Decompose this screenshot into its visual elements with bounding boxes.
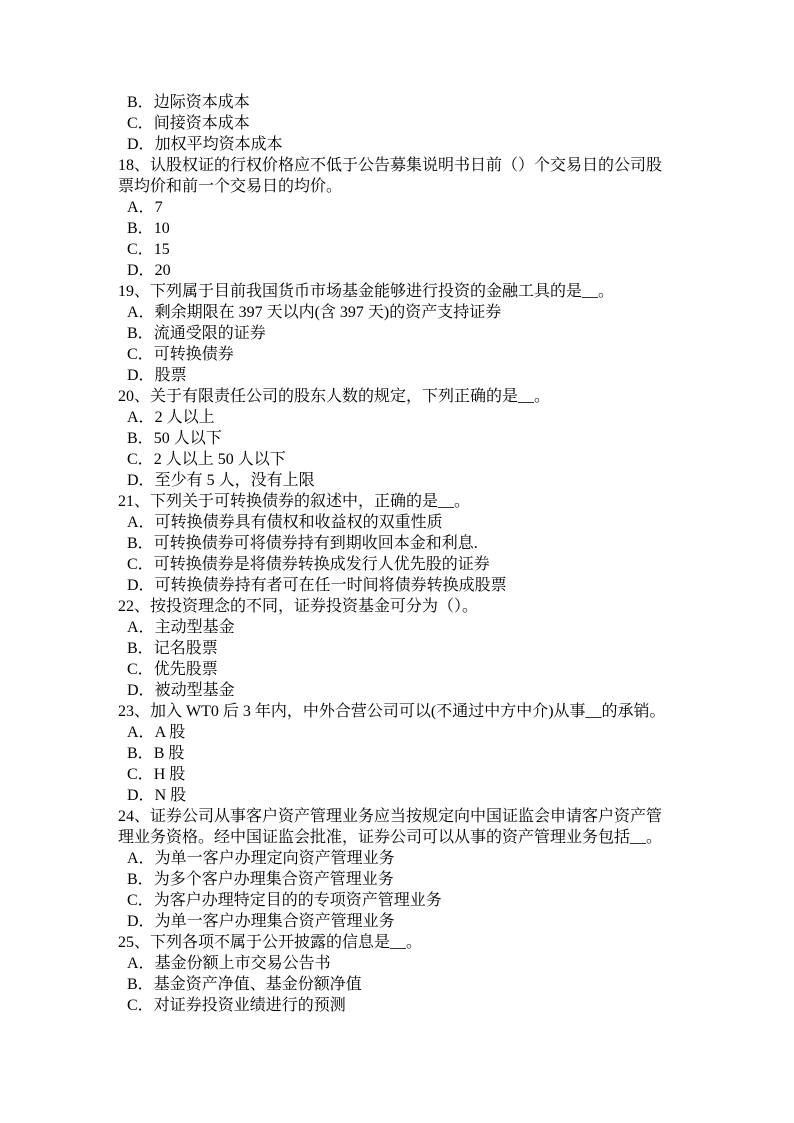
question-25-option-b: B．基金资产净值、基金份额净值 (118, 974, 686, 995)
option-text: 2 人以上 50 人以下 (154, 451, 286, 468)
question-number: 23、 (118, 703, 150, 720)
option-text: N 股 (155, 787, 187, 804)
option-label: D． (127, 262, 155, 279)
question-20-option-b: B．50 人以下 (118, 428, 686, 449)
question-number: 19、 (118, 283, 150, 300)
question-19-option-a: A．剩余期限在 397 天以内(含 397 天)的资产支持证券 (118, 302, 686, 323)
question-24-option-d: D．为单一客户办理集合资产管理业务 (118, 911, 686, 932)
option-label: C． (127, 115, 154, 132)
option-text: 记名股票 (154, 640, 218, 657)
question-21-option-d: D．可转换债券持有者可在任一时间将债券转换成股票 (118, 575, 686, 596)
question-stem-text: 票均价和前一个交易日的均价。 (118, 178, 342, 195)
option-text: 流通受限的证券 (154, 325, 266, 342)
option-text: 被动型基金 (155, 682, 235, 699)
question-22-stem-line-1: 22、按投资理念的不同，证券投资基金可分为（）。 (118, 596, 686, 617)
question-number: 25、 (118, 934, 150, 951)
option-text: 边际资本成本 (154, 94, 250, 111)
option-label: A． (127, 409, 155, 426)
question-20-option-c: C．2 人以上 50 人以下 (118, 449, 686, 470)
question-19-option-d: D．股票 (118, 365, 686, 386)
question-24-option-c: C．为客户办理特定目的的专项资产管理业务 (118, 890, 686, 911)
question-24-stem-line-2: 理业务资格。经中国证监会批准，证券公司可以从事的资产管理业务包括__。 (118, 827, 686, 848)
question-23-option-c: C．H 股 (118, 764, 686, 785)
option-label: C． (127, 556, 154, 573)
option-text: 可转换债券持有者可在任一时间将债券转换成股票 (155, 577, 507, 594)
option-label: A． (127, 619, 155, 636)
question-23-option-d: D．N 股 (118, 785, 686, 806)
document-page: B．边际资本成本C．间接资本成本D．加权平均资本成本18、认股权证的行权价格应不… (0, 0, 794, 1123)
option-label: C． (127, 892, 154, 909)
question-21-option-c: C．可转换债券是将债券转换成发行人优先股的证券 (118, 554, 686, 575)
question-number: 24、 (118, 808, 150, 825)
option-text: H 股 (154, 766, 186, 783)
question-18-option-b: B．10 (118, 218, 686, 239)
option-label: B． (127, 220, 154, 237)
option-text: 为多个客户办理集合资产管理业务 (154, 871, 394, 888)
continued-option-d: D．加权平均资本成本 (118, 134, 686, 155)
question-25-stem-line-1: 25、下列各项不属于公开披露的信息是__。 (118, 932, 686, 953)
option-text: 为客户办理特定目的的专项资产管理业务 (154, 892, 442, 909)
option-label: C． (127, 241, 154, 258)
option-label: C． (127, 766, 154, 783)
continued-option-c: C．间接资本成本 (118, 113, 686, 134)
question-25-option-a: A．基金份额上市交易公告书 (118, 953, 686, 974)
option-text: 可转换债券 (154, 346, 234, 363)
question-20-stem-line-1: 20、关于有限责任公司的股东人数的规定，下列正确的是__。 (118, 386, 686, 407)
option-text: 主动型基金 (155, 619, 235, 636)
question-22-option-c: C．优先股票 (118, 659, 686, 680)
option-label: B． (127, 976, 154, 993)
option-label: B． (127, 745, 154, 762)
question-number: 20、 (118, 388, 150, 405)
option-text: B 股 (154, 745, 185, 762)
option-label: A． (127, 199, 155, 216)
option-label: D． (127, 367, 155, 384)
option-label: A． (127, 304, 155, 321)
question-stem-text: 加入 WT0 后 3 年内，中外合营公司可以(不通过中方中介)从事__的承销。 (150, 703, 666, 720)
option-text: 50 人以下 (154, 430, 222, 447)
option-label: A． (127, 955, 155, 972)
question-20-option-a: A．2 人以上 (118, 407, 686, 428)
option-text: 剩余期限在 397 天以内(含 397 天)的资产支持证券 (155, 304, 502, 321)
question-23-option-b: B．B 股 (118, 743, 686, 764)
question-stem-text: 下列关于可转换债券的叙述中，正确的是__。 (150, 493, 470, 510)
option-text: 10 (154, 220, 170, 237)
question-stem-text: 证券公司从事客户资产管理业务应当按规定向中国证监会申请客户资产管 (150, 808, 662, 825)
questions-area: B．边际资本成本C．间接资本成本D．加权平均资本成本18、认股权证的行权价格应不… (118, 92, 686, 1016)
option-text: 股票 (155, 367, 187, 384)
option-label: B． (127, 871, 154, 888)
question-20-option-d: D．至少有 5 人，没有上限 (118, 470, 686, 491)
question-23-option-a: A．A 股 (118, 722, 686, 743)
option-label: D． (127, 682, 155, 699)
question-stem-text: 关于有限责任公司的股东人数的规定，下列正确的是__。 (150, 388, 550, 405)
question-21-option-b: B．可转换债券可将债券持有到期收回本金和利息. (118, 533, 686, 554)
option-text: 可转换债券可将债券持有到期收回本金和利息. (154, 535, 478, 552)
option-text: 7 (155, 199, 163, 216)
option-text: 20 (155, 262, 171, 279)
option-text: 对证券投资业绩进行的预测 (154, 997, 346, 1014)
option-text: 为单一客户办理集合资产管理业务 (155, 913, 395, 930)
option-text: 为单一客户办理定向资产管理业务 (155, 850, 395, 867)
question-18-option-a: A．7 (118, 197, 686, 218)
option-label: D． (127, 787, 155, 804)
option-label: C． (127, 451, 154, 468)
option-label: B． (127, 325, 154, 342)
question-stem-text: 理业务资格。经中国证监会批准，证券公司可以从事的资产管理业务包括__。 (118, 829, 662, 846)
question-19-stem-line-1: 19、下列属于目前我国货币市场基金能够进行投资的金融工具的是__。 (118, 281, 686, 302)
question-stem-text: 按投资理念的不同，证券投资基金可分为（）。 (150, 598, 478, 615)
question-18-option-c: C．15 (118, 239, 686, 260)
question-19-option-c: C．可转换债券 (118, 344, 686, 365)
question-21-option-a: A．可转换债券具有债权和收益权的双重性质 (118, 512, 686, 533)
question-22-option-b: B．记名股票 (118, 638, 686, 659)
option-text: 至少有 5 人，没有上限 (155, 472, 315, 489)
question-19-option-b: B．流通受限的证券 (118, 323, 686, 344)
option-text: 15 (154, 241, 170, 258)
question-stem-text: 下列属于目前我国货币市场基金能够进行投资的金融工具的是__。 (150, 283, 614, 300)
option-label: C． (127, 661, 154, 678)
question-23-stem-line-1: 23、加入 WT0 后 3 年内，中外合营公司可以(不通过中方中介)从事__的承… (118, 701, 686, 722)
option-label: B． (127, 430, 154, 447)
question-22-option-a: A．主动型基金 (118, 617, 686, 638)
option-text: 优先股票 (154, 661, 218, 678)
question-24-option-b: B．为多个客户办理集合资产管理业务 (118, 869, 686, 890)
option-label: C． (127, 346, 154, 363)
option-text: 2 人以上 (155, 409, 215, 426)
option-label: C． (127, 997, 154, 1014)
option-text: 基金份额上市交易公告书 (155, 955, 331, 972)
option-label: A． (127, 724, 155, 741)
option-label: A． (127, 850, 155, 867)
option-text: 加权平均资本成本 (155, 136, 283, 153)
question-21-stem-line-1: 21、下列关于可转换债券的叙述中，正确的是__。 (118, 491, 686, 512)
option-text: 间接资本成本 (154, 115, 250, 132)
option-text: A 股 (155, 724, 186, 741)
option-label: D． (127, 136, 155, 153)
question-stem-text: 认股权证的行权价格应不低于公告募集说明书日前（）个交易日的公司股 (150, 157, 662, 174)
question-25-option-c: C．对证券投资业绩进行的预测 (118, 995, 686, 1016)
question-number: 22、 (118, 598, 150, 615)
question-stem-text: 下列各项不属于公开披露的信息是__。 (150, 934, 422, 951)
option-label: D． (127, 472, 155, 489)
question-18-stem-line-1: 18、认股权证的行权价格应不低于公告募集说明书日前（）个交易日的公司股 (118, 155, 686, 176)
option-label: B． (127, 94, 154, 111)
question-18-stem-line-2: 票均价和前一个交易日的均价。 (118, 176, 686, 197)
option-text: 基金资产净值、基金份额净值 (154, 976, 362, 993)
option-label: B． (127, 535, 154, 552)
option-label: D． (127, 577, 155, 594)
option-text: 可转换债券是将债券转换成发行人优先股的证券 (154, 556, 490, 573)
continued-option-b: B．边际资本成本 (118, 92, 686, 113)
option-text: 可转换债券具有债权和收益权的双重性质 (155, 514, 443, 531)
option-label: B． (127, 640, 154, 657)
question-number: 21、 (118, 493, 150, 510)
option-label: A． (127, 514, 155, 531)
question-24-stem-line-1: 24、证券公司从事客户资产管理业务应当按规定向中国证监会申请客户资产管 (118, 806, 686, 827)
question-number: 18、 (118, 157, 150, 174)
question-22-option-d: D．被动型基金 (118, 680, 686, 701)
option-label: D． (127, 913, 155, 930)
question-18-option-d: D．20 (118, 260, 686, 281)
question-24-option-a: A．为单一客户办理定向资产管理业务 (118, 848, 686, 869)
